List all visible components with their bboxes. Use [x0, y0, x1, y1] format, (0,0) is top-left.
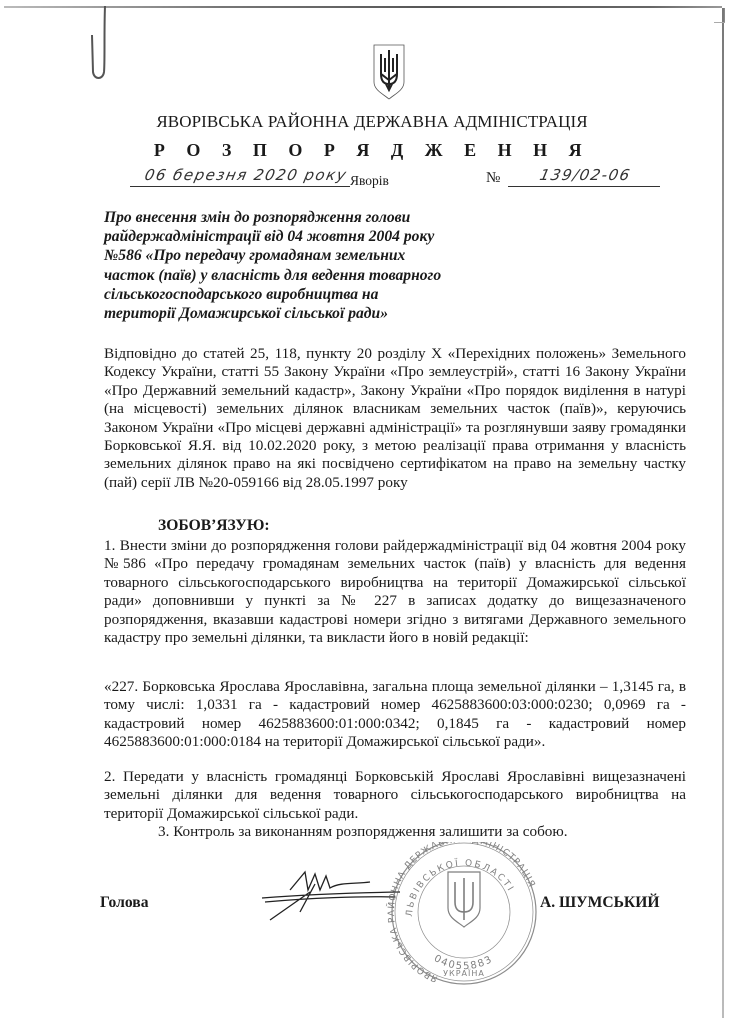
subject-line: часток (паїв) у власність для ведення то… — [104, 266, 504, 285]
scan-edge-top — [4, 6, 722, 8]
subject-line: райдержадміністрації від 04 жовтня 2004 … — [104, 227, 504, 246]
item-227-paragraph: «227. Борковська Ярослава Ярославівна, з… — [104, 678, 686, 752]
paperclip-icon — [68, 2, 108, 82]
document-number: 139/02-06 — [538, 166, 633, 184]
oblige-heading: ЗОБОВ’ЯЗУЮ: — [158, 517, 270, 535]
subject-heading: Про внесення змін до розпорядження голов… — [104, 208, 504, 323]
subject-line: №586 «Про передачу громадянам земельних — [104, 246, 504, 265]
agency-name: ЯВОРІВСЬКА РАЙОННА ДЕРЖАВНА АДМІНІСТРАЦІ… — [0, 112, 744, 132]
signatory-name: А. ШУМСЬКИЙ — [540, 894, 659, 912]
item-2-paragraph: 2. Передати у власність громадянці Борко… — [104, 768, 686, 823]
subject-line: території Домажирської сільської ради» — [104, 304, 504, 323]
subject-line: Про внесення змін до розпорядження голов… — [104, 208, 504, 227]
subject-line: сільськогосподарського виробництва на — [104, 285, 504, 304]
stamp-inner-text: ЛЬВІВСЬКОЇ ОБЛАСТІ — [405, 858, 516, 917]
legal-basis-paragraph: Відповідно до статей 25, 118, пункту 20 … — [104, 345, 686, 492]
stamp-country: УКРАЇНА — [443, 968, 485, 978]
svg-text:ЛЬВІВСЬКОЇ ОБЛАСТІ: ЛЬВІВСЬКОЇ ОБЛАСТІ — [405, 858, 516, 917]
document-type: Р О З П О Р Я Д Ж Е Н Н Я — [0, 140, 744, 161]
coat-of-arms-icon — [373, 44, 405, 100]
document-date: 06 березня 2020 року — [143, 166, 349, 184]
corner-fold — [714, 8, 725, 23]
item-1-paragraph: 1. Внести зміни до розпорядження голови … — [104, 537, 686, 647]
official-stamp: ЯВОРІВСЬКА РАЙОННА ДЕРЖАВНА АДМІНІСТРАЦІ… — [384, 842, 544, 1002]
number-sign: № — [486, 170, 500, 187]
signatory-position: Голова — [100, 894, 149, 912]
city: Яворів — [350, 173, 389, 189]
item-3-paragraph: 3. Контроль за виконанням розпорядження … — [158, 823, 568, 841]
